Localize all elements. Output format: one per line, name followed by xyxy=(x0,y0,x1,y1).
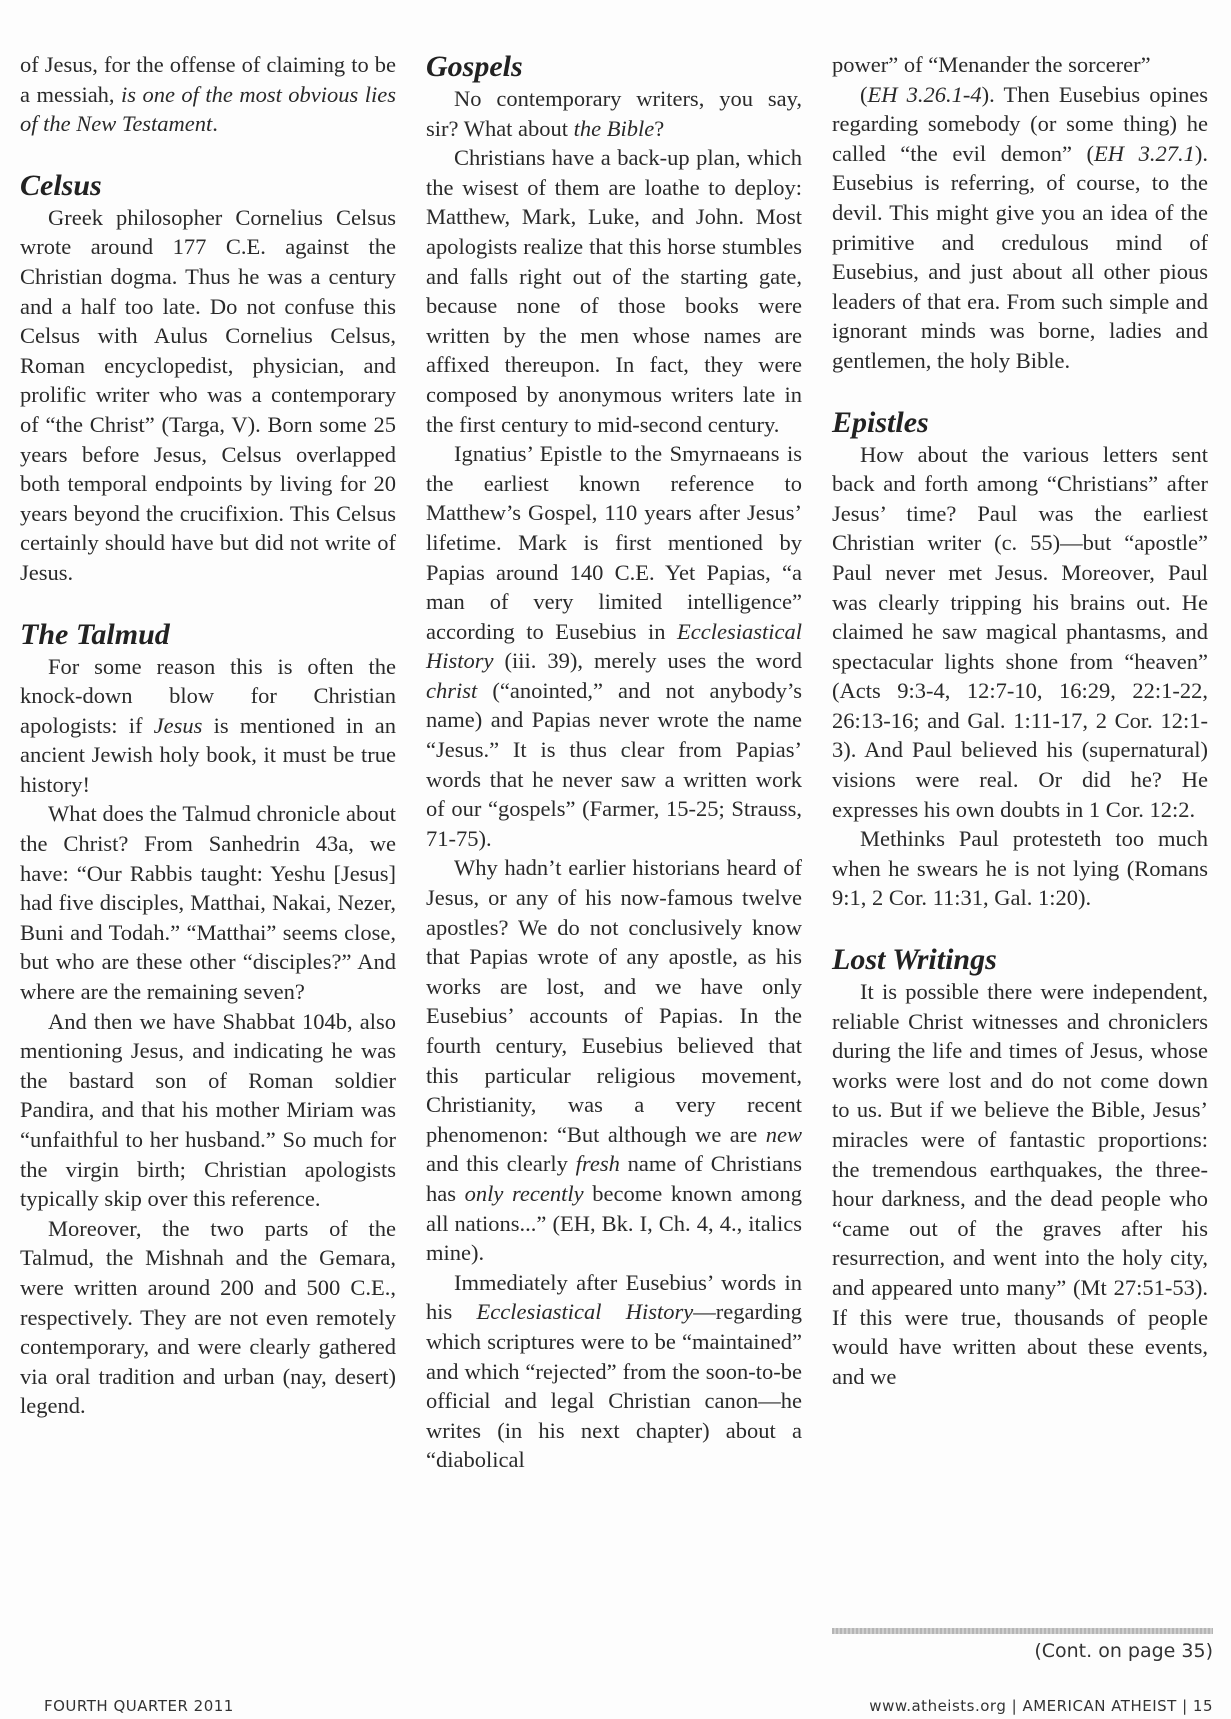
section-heading-talmud: The Talmud xyxy=(20,618,396,652)
paragraph: Greek philosopher Cornelius Celsus wrote… xyxy=(20,203,396,588)
paragraph: What does the Talmud chronicle about the… xyxy=(20,799,396,1006)
paragraph: It is possible there were independent, r… xyxy=(832,977,1208,1391)
paragraph: And then we have Shabbat 104b, also ment… xyxy=(20,1007,396,1214)
paragraph: Why hadn’t earlier historians heard of J… xyxy=(426,853,802,1267)
italic-text: only recently xyxy=(465,1181,584,1206)
paragraph: For some reason this is often the knock-… xyxy=(20,652,396,800)
footer-issue: FOURTH QUARTER 2011 xyxy=(44,1697,234,1715)
paragraph: Immediately after Eusebius’ words in his… xyxy=(426,1268,802,1475)
italic-text: EH 3.26.1-4 xyxy=(868,82,982,107)
text: ? xyxy=(654,116,664,141)
text: —regarding which scriptures were to be “… xyxy=(426,1299,802,1472)
section-heading-celsus: Celsus xyxy=(20,169,396,203)
italic-text: christ xyxy=(426,678,477,703)
paragraph: No contemporary writers, you say, sir? W… xyxy=(426,84,802,143)
text: ). Eusebius is referring, of course, to … xyxy=(832,141,1208,373)
text: Why hadn’t earlier historians heard of J… xyxy=(426,855,802,1146)
italic-text: Ecclesiastical History xyxy=(477,1299,694,1324)
paragraph: Methinks Paul protesteth too much when h… xyxy=(832,824,1208,913)
paragraph: power” of “Menander the sorcerer” xyxy=(832,50,1208,80)
divider-rule xyxy=(832,1628,1213,1634)
column-2: Gospels No contemporary writers, you say… xyxy=(426,50,802,1475)
italic-text: the Bible xyxy=(574,116,655,141)
text: and this clearly xyxy=(426,1151,576,1176)
section-heading-epistles: Epistles xyxy=(832,406,1208,440)
paragraph: How about the various letters sent back … xyxy=(832,440,1208,825)
text: . xyxy=(212,111,218,136)
text: Ignatius’ Epistle to the Smyrnaeans is t… xyxy=(426,441,802,644)
column-3: power” of “Menander the sorcerer” (EH 3.… xyxy=(832,50,1208,1391)
section-heading-gospels: Gospels xyxy=(426,50,802,84)
paragraph: Christians have a back-up plan, which th… xyxy=(426,143,802,439)
italic-text: new xyxy=(766,1122,802,1147)
italic-text: EH 3.27.1 xyxy=(1094,141,1195,166)
section-heading-lost-writings: Lost Writings xyxy=(832,943,1208,977)
intro-paragraph: of Jesus, for the offense of claiming to… xyxy=(20,50,396,139)
paragraph: (EH 3.26.1-4). Then Eusebius opines rega… xyxy=(832,80,1208,376)
text: (“anointed,” and not anybody’s name) and… xyxy=(426,678,802,851)
column-1: of Jesus, for the offense of claiming to… xyxy=(20,50,396,1421)
text: (iii. 39), merely uses the word xyxy=(494,648,803,673)
footer-site-page: www.atheists.org | AMERICAN ATHEIST | 15 xyxy=(869,1697,1213,1715)
paragraph: Ignatius’ Epistle to the Smyrnaeans is t… xyxy=(426,439,802,853)
paragraph: Moreover, the two parts of the Talmud, t… xyxy=(20,1214,396,1421)
italic-text: Jesus xyxy=(154,713,203,738)
text: ( xyxy=(860,82,868,107)
continued-note: (Cont. on page 35) xyxy=(1034,1640,1213,1662)
italic-text: fresh xyxy=(576,1151,620,1176)
